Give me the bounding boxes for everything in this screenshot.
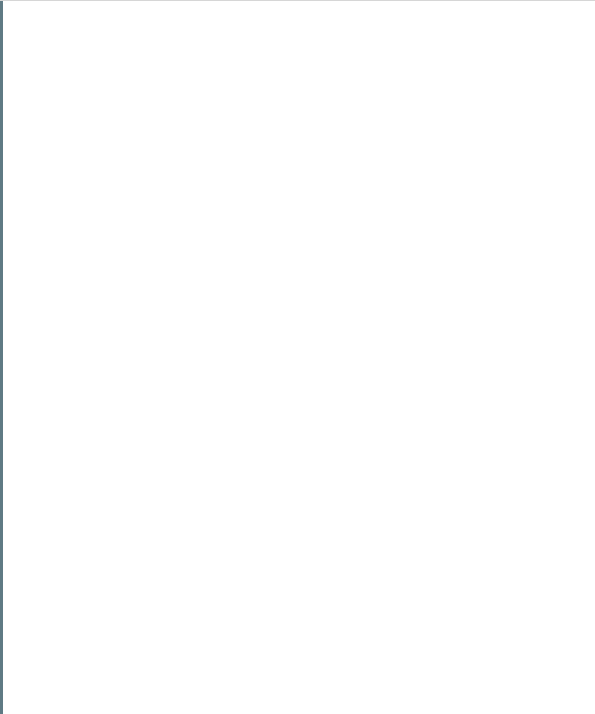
scanned-document-page <box>0 0 595 714</box>
